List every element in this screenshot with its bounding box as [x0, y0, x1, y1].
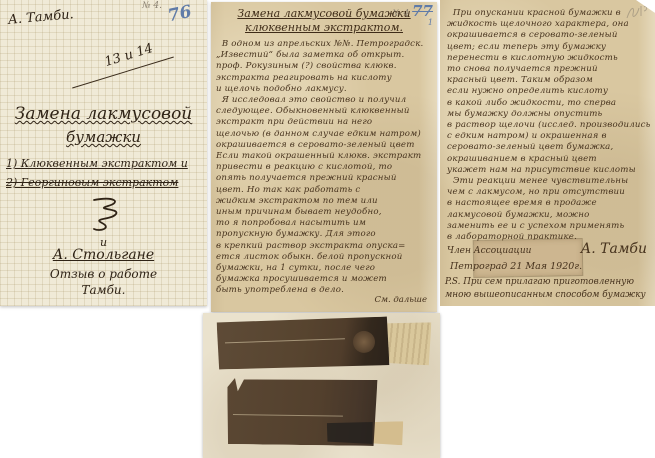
manuscript-line: цвет; если теперь эту бумажку	[447, 42, 652, 53]
manuscript-line: иным причинам бывает неудобно,	[216, 207, 434, 218]
manuscript-line: жидким экстрактом по тем или	[216, 196, 434, 207]
manuscript-line: Я исследовал это свойство и получил	[216, 95, 434, 106]
scanned-document-montage: А. Тамби. № 4. 76 13 и 14 Замена лакмусо…	[0, 0, 655, 458]
manuscript-body: В одном из апрельских №№. Петроградск.„И…	[216, 39, 434, 297]
manuscript-line: В одном из апрельских №№. Петроградск.	[216, 39, 434, 50]
manuscript-line: следующее. Обыкновенный клюквенный	[216, 106, 434, 117]
manuscript-line: жидкость щелочного характера, она	[447, 19, 652, 30]
manuscript-line: в раствор щелочи (исслед. производились	[447, 120, 652, 131]
review-note-line1: Отзыв о работе	[0, 267, 207, 281]
manuscript-line: красный цвет. Таким образом	[447, 75, 652, 86]
manuscript-line: заменить ее и с успехом применять	[447, 221, 652, 232]
archive-number-blue: 76	[166, 2, 193, 26]
manuscript-line: цвет. Но так как работать с	[216, 185, 434, 196]
manuscript-body: При опускании красной бумажки вжидкость …	[447, 8, 652, 243]
second-author-name: А. Стольгане	[0, 247, 207, 263]
manuscript-line: то я попробовал насытить им	[216, 218, 434, 229]
manuscript-line: в крепкий раствор экстракта опуска=	[216, 241, 434, 252]
cover-page: А. Тамби. № 4. 76 13 и 14 Замена лакмусо…	[0, 0, 207, 306]
tape-piece-bottom	[371, 421, 403, 446]
manuscript-line: опять получается прежний красный	[216, 173, 434, 184]
manuscript-line: мы бумажку должны опустить	[447, 109, 652, 120]
manuscript-line: в какой либо жидкости, то сперва	[447, 98, 652, 109]
dark-tape-overlap	[327, 421, 373, 444]
paraph-flourish	[86, 196, 126, 234]
manuscript-line: с едким натром) и окрашенная в	[447, 131, 652, 142]
strip-scratch	[233, 414, 343, 417]
manuscript-line: укажет нам на присутствие кислоты	[447, 165, 652, 176]
manuscript-line: щелочью (в данном случае едким натром)	[216, 129, 434, 140]
manuscript-line: Если такой окрашенный клюкв. экстракт	[216, 151, 434, 162]
cover-item-cranberry: 1) Клюквенным экстрактом и	[6, 157, 188, 170]
manuscript-title-line1: Замена лакмусовой бумажки	[211, 7, 437, 20]
manuscript-line: проф. Рокузиным (?) свойства клюкв.	[216, 61, 434, 72]
manuscript-line: лакмусовой бумажки, можно	[447, 210, 652, 221]
manuscript-line: ется листок обыкн. белой пропускной	[216, 252, 434, 263]
postscript-line2: мною вышеописанным способом бумажку	[445, 290, 646, 300]
tape-piece-top	[385, 322, 432, 366]
litmus-strip-top	[217, 317, 390, 370]
litmus-strip-bottom	[227, 378, 378, 446]
manuscript-line: в настоящее время в продаже	[447, 198, 652, 209]
manuscript-line: окрашиванием в красный цвет	[447, 154, 652, 165]
cover-title-line2: бумажки	[0, 128, 207, 146]
manuscript-line: „Известий“ была заметка об открыт.	[216, 50, 434, 61]
manuscript-line: бумажки, на 1 сутки, после чего	[216, 263, 434, 274]
postscript-line1: P.S. При сем прилагаю приготовленную	[445, 277, 634, 287]
manuscript-line: Эти реакции менее чувствительны	[447, 176, 652, 187]
manuscript-line: перенести в кислотную жидкость	[447, 53, 652, 64]
manuscript-line: то снова получается прежний	[447, 64, 652, 75]
manuscript-line: экстракта реагировать на кислоту	[216, 73, 434, 84]
manuscript-line: бумажка просушивается и может	[216, 274, 434, 285]
manuscript-page-2: При опускании красной бумажки вжидкость …	[440, 0, 655, 306]
signature-name: А. Тамби	[581, 241, 647, 257]
manuscript-line: чем с лакмусом, но при отсутствии	[447, 187, 652, 198]
manuscript-line: При опускании красной бумажки в	[447, 8, 652, 19]
review-note-line2: Тамби.	[0, 283, 207, 297]
manuscript-line: пропускную бумажку. Для этого	[216, 229, 434, 240]
cover-item-dahlia-struck: 2) Георгиновым экстрактом	[6, 176, 178, 189]
strip-worn-spot	[353, 331, 375, 353]
place-date-line: Петроград 21 Мая 1920г.	[450, 261, 582, 272]
manuscript-line: если нужно определить кислоту	[447, 86, 652, 97]
strip-scratch	[225, 338, 345, 343]
specimen-photo	[203, 313, 440, 458]
archive-number-pencil: № 4.	[142, 1, 162, 11]
cover-title-line1: Замена лакмусовой	[0, 104, 207, 124]
manuscript-line: и щелочь подобно лакмусу.	[216, 84, 434, 95]
see-more-note: См. дальше	[374, 295, 427, 305]
manuscript-line: экстракт при действии на него	[216, 117, 434, 128]
manuscript-title-line2: клюквенным экстрактом.	[211, 21, 437, 34]
manuscript-page-1: № 4 77 1 Замена лакмусовой бумажки клюкв…	[211, 2, 437, 312]
manuscript-line: серовато-зеленый цвет бумажка,	[447, 142, 652, 153]
manuscript-line: окрашивается в серовато-зеленый	[447, 30, 652, 41]
manuscript-line: окрашивается в серовато-зеленый цвет	[216, 140, 434, 151]
author-signature-top: А. Тамби.	[7, 7, 74, 28]
manuscript-line: привести в реакцию с кислотой, то	[216, 162, 434, 173]
